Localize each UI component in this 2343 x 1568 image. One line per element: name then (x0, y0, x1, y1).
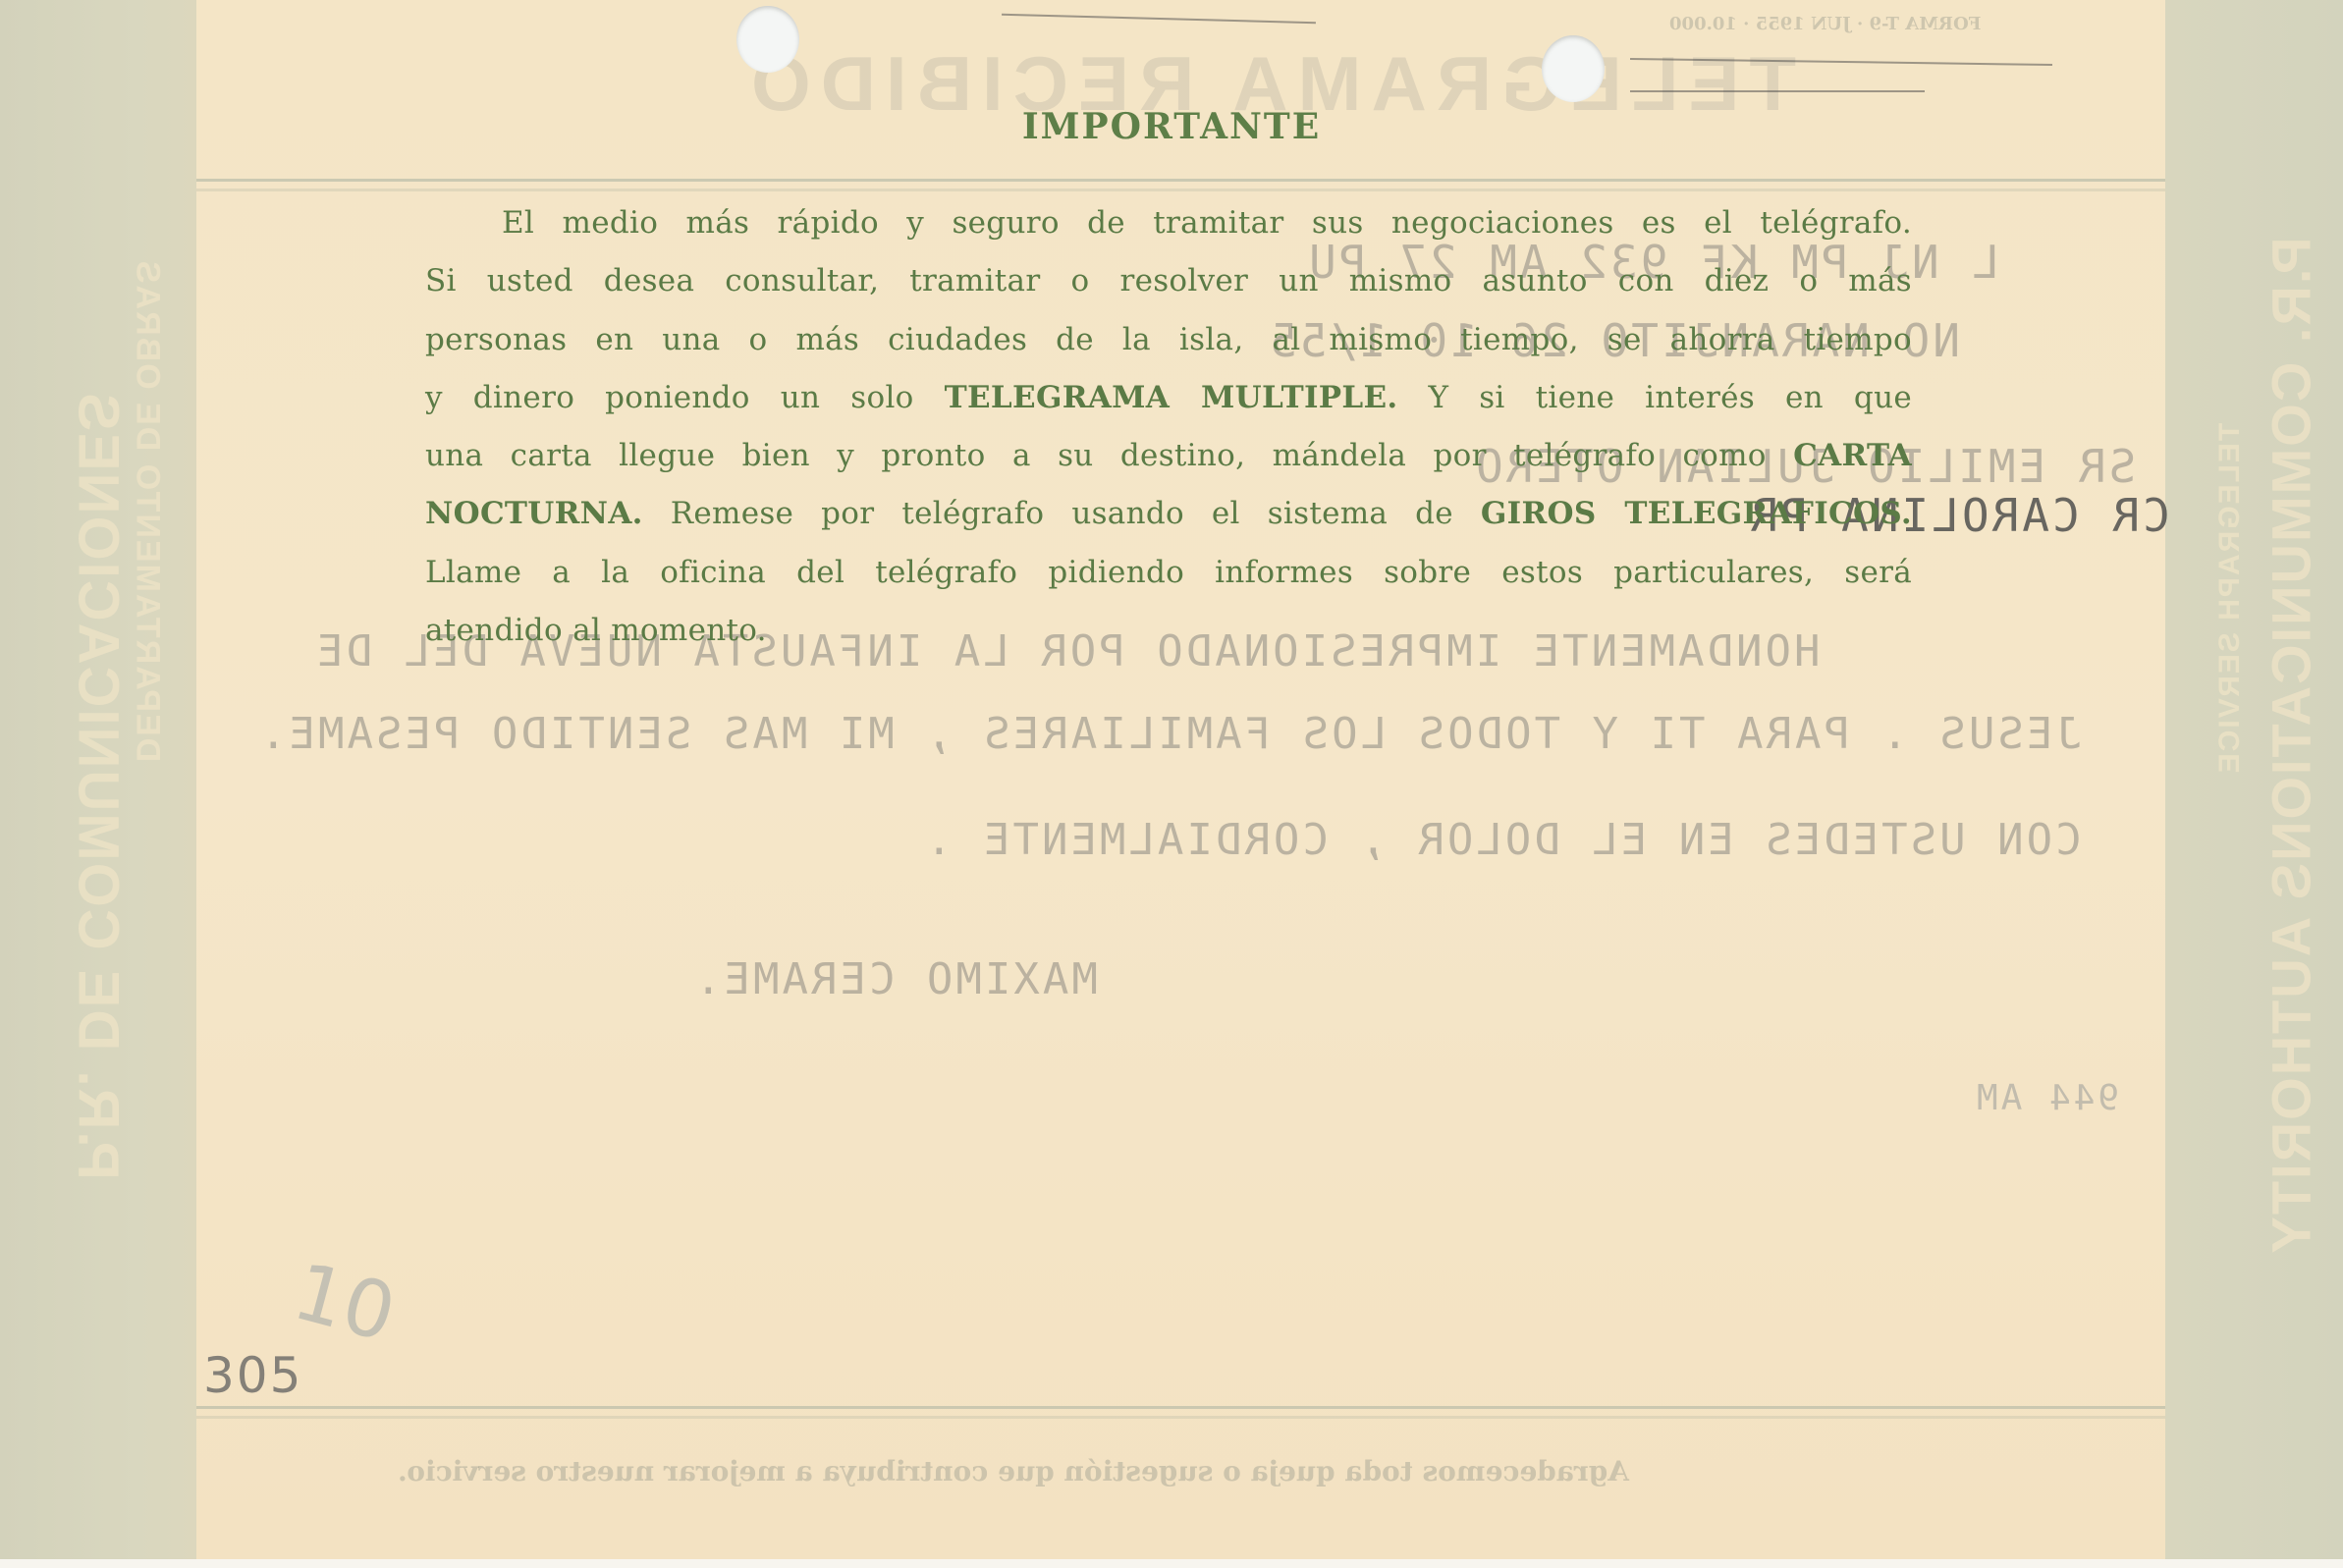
emphasis-carta: CARTA (1793, 438, 1912, 473)
body-line: Si usted desea consultar, tramitar o res… (425, 252, 1912, 310)
right-strip-small-text: TELEGRAPH SERVICE (2213, 423, 2247, 776)
line-text: Llame a la oficina del telégrafo pidiend… (425, 555, 1912, 590)
show-through-message-line-2: JESUS . PARA TI Y TODOS LOS FAMILIARES ,… (257, 709, 2082, 759)
punch-hole-left (736, 6, 799, 73)
show-through-signature: MAXIMO CERAME. (692, 954, 1098, 1004)
emphasis-telegrama-multiple: TELEGRAMA MULTIPLE. (945, 380, 1398, 415)
body-line: NOCTURNA. Remese por telégrafo usando el… (425, 485, 1912, 543)
body-line: personas en una o más ciudades de la isl… (425, 311, 1912, 369)
ink-scribble (1630, 90, 1925, 92)
pencil-number: 305 (203, 1347, 302, 1404)
left-strip-small-text: DEPARTAMENTO DE OBRAS (129, 259, 167, 762)
line-text: El medio más rápido y seguro de tramitar… (502, 205, 1912, 241)
line-text: Si usted desea consultar, tramitar o res… (425, 263, 1912, 298)
line-text: Y si tiene interés en que (1397, 380, 1912, 415)
line-text: y dinero poniendo un solo (425, 380, 945, 415)
body-line: atendido al momento. (425, 602, 1912, 660)
show-through-received-time: 944 AM (1974, 1078, 2119, 1118)
left-strip-large-text: P.R. DE COMUNICACIONES (66, 391, 132, 1179)
punch-hole-right (1542, 35, 1605, 102)
bottom-rule-2 (196, 1416, 2165, 1419)
line-text: atendido al momento. (425, 613, 767, 648)
top-rule-2 (196, 189, 2165, 191)
body-line: El medio más rápido y seguro de tramitar… (425, 194, 1912, 252)
emphasis-nocturna: NOCTURNA. (425, 496, 643, 531)
body-line: Llame a la oficina del telégrafo pidiend… (425, 544, 1912, 602)
emphasis-giros-telegraficos: GIROS TELEGRAFICOS. (1481, 496, 1912, 531)
line-text: Remese por telégrafo usando el sistema d… (643, 496, 1481, 531)
show-through-message-line-3: CON USTEDES EN EL DOLOR , CORDIALMENTE . (923, 815, 2082, 865)
line-text: una carta llegue bien y pronto a su dest… (425, 438, 1793, 473)
line-text: personas en una o más ciudades de la isl… (425, 322, 1912, 357)
document-title: IMPORTANTE (0, 106, 2343, 147)
top-rule (196, 179, 2165, 182)
page-bottom-edge (0, 1559, 2343, 1568)
show-through-form-code: FORMA T-9 · JUN 1955 · 10.000 (1669, 14, 1982, 34)
body-line: y dinero poniendo un solo TELEGRAMA MULT… (425, 369, 1912, 427)
body-paragraph: El medio más rápido y seguro de tramitar… (425, 194, 1912, 660)
right-side-strip: P.R. COMMUNICATIONS AUTHORITY TELEGRAPH … (2165, 0, 2343, 1559)
body-line: una carta llegue bien y pronto a su dest… (425, 427, 1912, 485)
left-side-strip: P.R. DE COMUNICACIONES DEPARTAMENTO DE O… (0, 0, 196, 1559)
right-strip-large-text: P.R. COMMUNICATIONS AUTHORITY (2260, 238, 2323, 1256)
show-through-footer: Agradecemos toda queja o sugestión que c… (398, 1455, 1629, 1487)
bottom-rule (196, 1406, 2165, 1409)
